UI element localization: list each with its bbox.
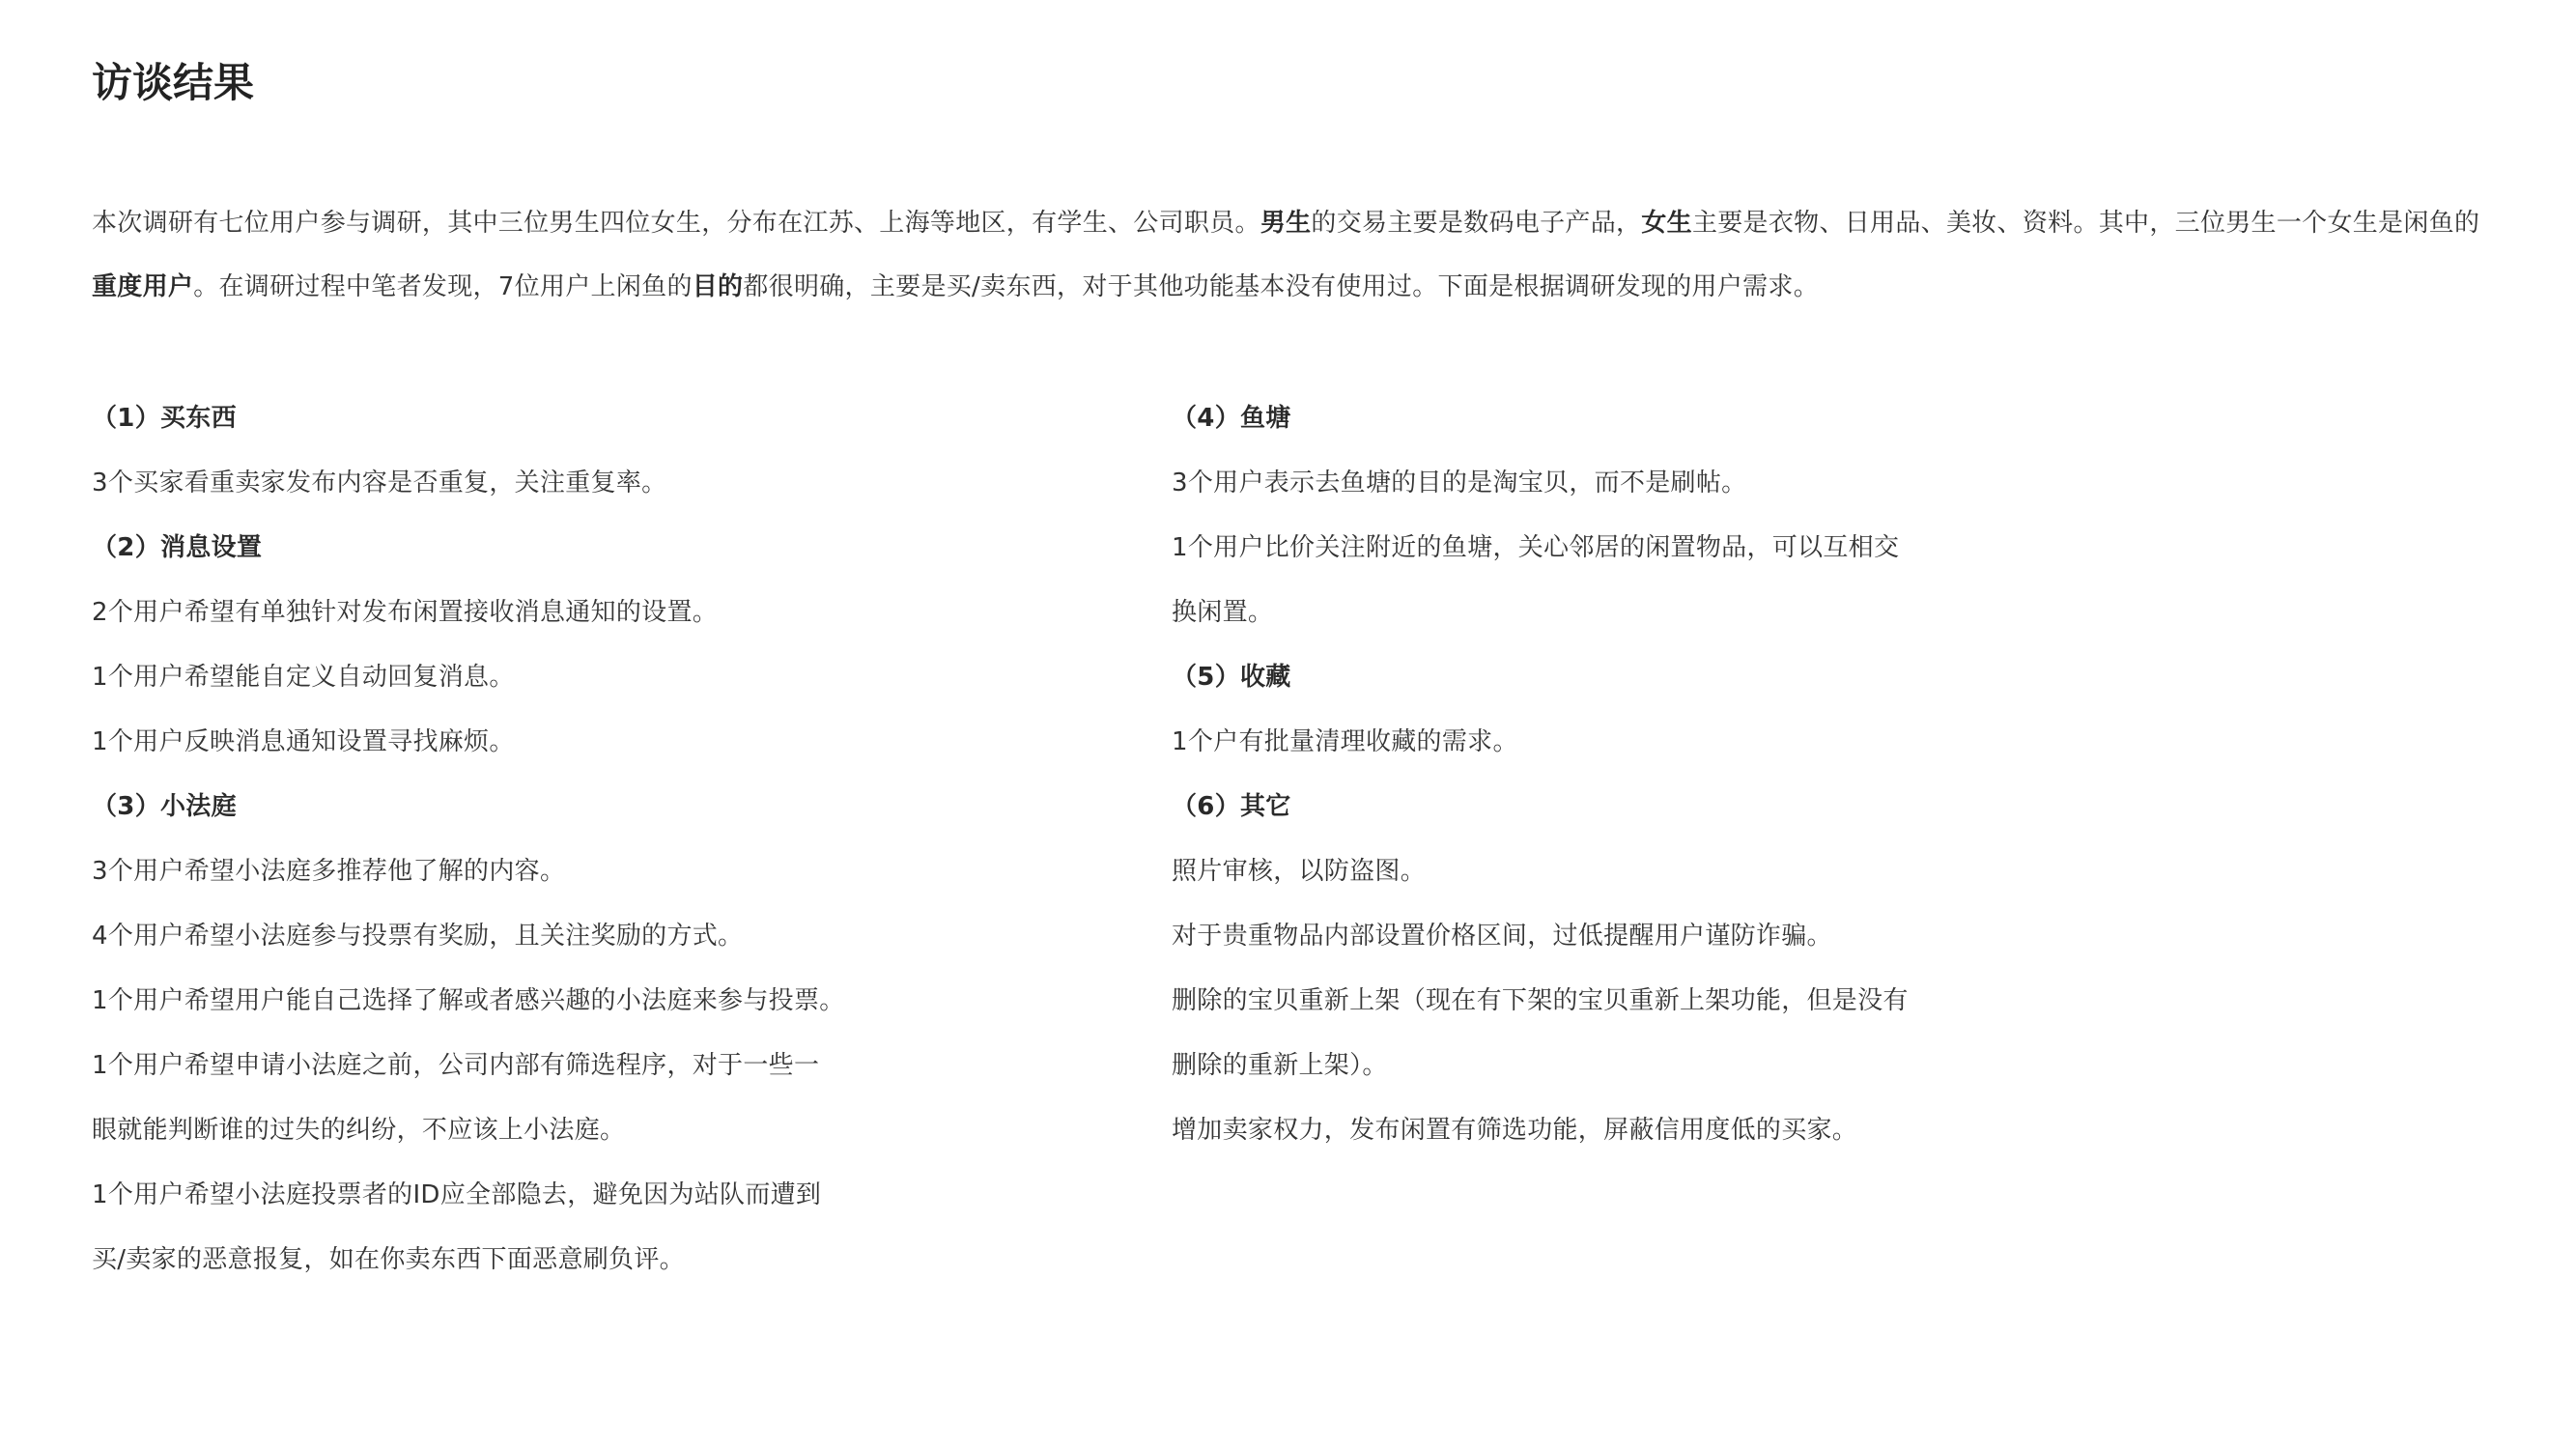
finding-item: 3个买家看重卖家发布内容是否重复，关注重复率。 bbox=[92, 451, 1135, 516]
intro-text: 本次调研有七位用户参与调研，其中三位男生四位女生，分布在江苏、上海等地区，有学生… bbox=[92, 209, 1260, 238]
finding-item: 1个用户反映消息通知设置寻找麻烦。 bbox=[92, 710, 1135, 775]
section-heading-small-court: （3）小法庭 bbox=[92, 775, 1135, 839]
finding-item: 眼就能判断谁的过失的纠纷，不应该上小法庭。 bbox=[92, 1098, 1135, 1163]
finding-item: 删除的重新上架）。 bbox=[1172, 1034, 2215, 1098]
page-title: 访谈结果 bbox=[92, 56, 254, 110]
finding-item: 1个用户希望能自定义自动回复消息。 bbox=[92, 645, 1135, 710]
intro-text: 。在调研过程中笔者发现，7位用户上闲鱼的 bbox=[193, 272, 693, 301]
findings-right-column: （4）鱼塘 3个用户表示去鱼塘的目的是淘宝贝，而不是刷帖。 1个用户比价关注附近… bbox=[1172, 386, 2215, 1163]
section-heading-fish-pond: （4）鱼塘 bbox=[1172, 386, 2215, 451]
finding-item: 1个用户希望申请小法庭之前，公司内部有筛选程序，对于一些一 bbox=[92, 1034, 1135, 1098]
findings-left-column: （1）买东西 3个买家看重卖家发布内容是否重复，关注重复率。 （2）消息设置 2… bbox=[92, 386, 1135, 1293]
intro-paragraph: 本次调研有七位用户参与调研，其中三位男生四位女生，分布在江苏、上海等地区，有学生… bbox=[92, 191, 2497, 319]
finding-item: 删除的宝贝重新上架（现在有下架的宝贝重新上架功能，但是没有 bbox=[1172, 969, 2215, 1034]
finding-item: 3个用户希望小法庭多推荐他了解的内容。 bbox=[92, 839, 1135, 904]
finding-item: 1个户有批量清理收藏的需求。 bbox=[1172, 710, 2215, 775]
finding-item: 2个用户希望有单独针对发布闲置接收消息通知的设置。 bbox=[92, 581, 1135, 645]
intro-emphasis-female: 女生 bbox=[1641, 209, 1692, 238]
section-heading-message-settings: （2）消息设置 bbox=[92, 516, 1135, 581]
intro-emphasis-purpose: 目的 bbox=[693, 272, 744, 301]
section-heading-favorites: （5）收藏 bbox=[1172, 645, 2215, 710]
intro-emphasis-heavy-users: 重度用户 bbox=[92, 272, 193, 301]
finding-item: 1个用户希望用户能自己选择了解或者感兴趣的小法庭来参与投票。 bbox=[92, 969, 1135, 1034]
finding-item: 1个用户希望小法庭投票者的ID应全部隐去，避免因为站队而遭到 bbox=[92, 1163, 1135, 1228]
intro-text: 都很明确，主要是买/卖东西，对于其他功能基本没有使用过。下面是根据调研发现的用户… bbox=[743, 272, 1819, 301]
intro-text: 主要是衣物、日用品、美妆、资料。其中，三位男生一个女生是闲鱼的 bbox=[1692, 209, 2479, 238]
intro-text: 的交易主要是数码电子产品， bbox=[1311, 209, 1641, 238]
finding-item: 照片审核，以防盗图。 bbox=[1172, 839, 2215, 904]
finding-item: 换闲置。 bbox=[1172, 581, 2215, 645]
section-heading-other: （6）其它 bbox=[1172, 775, 2215, 839]
intro-emphasis-male: 男生 bbox=[1260, 209, 1312, 238]
finding-item: 1个用户比价关注附近的鱼塘，关心邻居的闲置物品，可以互相交 bbox=[1172, 516, 2215, 581]
finding-item: 买/卖家的恶意报复，如在你卖东西下面恶意刷负评。 bbox=[92, 1228, 1135, 1293]
finding-item: 对于贵重物品内部设置价格区间，过低提醒用户谨防诈骗。 bbox=[1172, 904, 2215, 969]
finding-item: 3个用户表示去鱼塘的目的是淘宝贝，而不是刷帖。 bbox=[1172, 451, 2215, 516]
finding-item: 增加卖家权力，发布闲置有筛选功能，屏蔽信用度低的买家。 bbox=[1172, 1098, 2215, 1163]
finding-item: 4个用户希望小法庭参与投票有奖励，且关注奖励的方式。 bbox=[92, 904, 1135, 969]
section-heading-buy: （1）买东西 bbox=[92, 386, 1135, 451]
